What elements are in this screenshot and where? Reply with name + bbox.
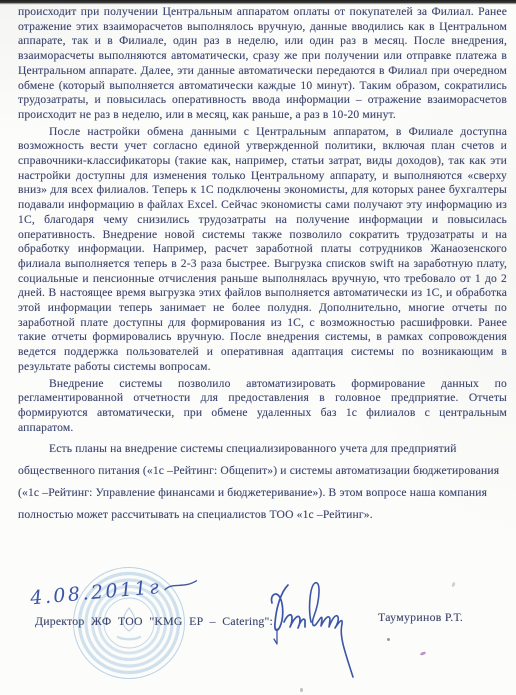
ink-speck [300, 688, 303, 692]
signer-name: Таумуринов Р.Т. [378, 610, 463, 625]
scanned-document-page: { "colors": { "ink": "#3d466f", "pen": "… [0, 0, 516, 695]
paragraph: Внедрение системы позволило автоматизиро… [18, 377, 507, 436]
paragraph-continuation: происходит при получении Центральным апп… [18, 5, 507, 123]
document-page: происходит при получении Центральным апп… [0, 0, 516, 695]
ink-speck [451, 582, 456, 588]
ink-speck [420, 651, 427, 656]
paragraph: После настройки обмена данными с Централ… [18, 125, 507, 375]
date-underline-flourish-icon [163, 578, 200, 593]
signer-title: Директор ЖФ ТОО "KMG EP – Catering": [35, 614, 273, 629]
paragraph: Есть планы на внедрение системы специали… [18, 438, 507, 526]
signature-block: 4.08.2011г Директор ЖФ ТОО "KMG EP – Cat… [0, 540, 516, 695]
handwritten-signature [255, 572, 370, 687]
document-body: происходит при получении Центральным апп… [18, 5, 507, 528]
ink-speck [387, 638, 390, 641]
